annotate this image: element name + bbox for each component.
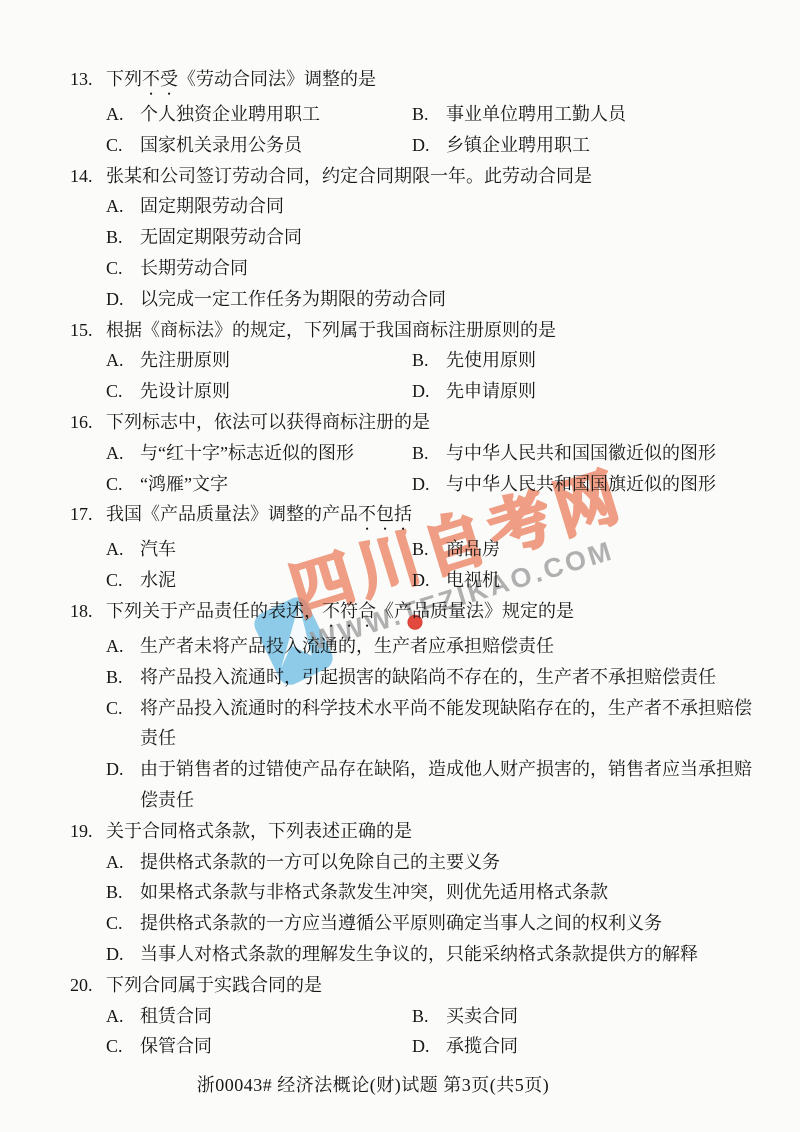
stem-emphasized-text: 不符合 bbox=[322, 601, 376, 621]
option-a: A.先注册原则 bbox=[106, 345, 412, 376]
option-label: B. bbox=[106, 222, 140, 253]
stem-text: 下列标志中，依法可以获得商标注册的是 bbox=[106, 412, 430, 432]
option-text: 与中华人民共和国国旗近似的图形 bbox=[446, 474, 716, 494]
question-stem: 15.根据《商标法》的规定，下列属于我国商标注册原则的是 bbox=[70, 315, 760, 346]
option-text: 先设计原则 bbox=[140, 381, 230, 401]
question-stem: 16.下列标志中，依法可以获得商标注册的是 bbox=[70, 407, 760, 438]
options-row: A.个人独资企业聘用职工 B.事业单位聘用工勤人员 bbox=[70, 99, 760, 130]
option-d: D.由于销售者的过错使产品存在缺陷，造成他人财产损害的，销售者应当承担赔偿责任 bbox=[70, 754, 760, 816]
question-stem: 18.下列关于产品责任的表述，不符合《产品质量法》规定的是 bbox=[70, 596, 760, 631]
option-text: 将产品投入流通时的科学技术水平尚不能发现缺陷存在的，生产者不承担赔偿责任 bbox=[140, 698, 752, 749]
option-b: B.与中华人民共和国国徽近似的图形 bbox=[412, 438, 716, 469]
options-row: A.先注册原则 B.先使用原则 bbox=[70, 345, 760, 376]
option-b: B.将产品投入流通时，引起损害的缺陷尚不存在的，生产者不承担赔偿责任 bbox=[70, 662, 760, 693]
option-label: B. bbox=[412, 438, 446, 469]
question-20: 20.下列合同属于实践合同的是 A.租赁合同 B.买卖合同 C.保管合同 D.承… bbox=[70, 970, 760, 1062]
option-text: 先申请原则 bbox=[446, 381, 536, 401]
option-d: D.电视机 bbox=[412, 565, 500, 596]
option-label: D. bbox=[412, 469, 446, 500]
question-number: 20. bbox=[70, 970, 106, 1001]
options-row: C.保管合同 D.承揽合同 bbox=[70, 1031, 760, 1062]
stem-text: 下列关于产品责任的表述， bbox=[106, 601, 322, 621]
option-b: B.如果格式条款与非格式条款发生冲突，则优先适用格式条款 bbox=[70, 877, 760, 908]
options-row: C.水泥 D.电视机 bbox=[70, 565, 760, 596]
option-label: A. bbox=[106, 345, 140, 376]
option-label: B. bbox=[106, 662, 140, 693]
options-row: A.汽车 B.商品房 bbox=[70, 534, 760, 565]
stem-text: 下列 bbox=[106, 69, 142, 89]
question-number: 15. bbox=[70, 315, 106, 346]
question-stem: 13.下列不受《劳动合同法》调整的是 bbox=[70, 64, 760, 99]
stem-text: 关于合同格式条款，下列表述正确的是 bbox=[106, 821, 412, 841]
option-text: 将产品投入流通时，引起损害的缺陷尚不存在的，生产者不承担赔偿责任 bbox=[140, 667, 716, 687]
option-a: A.提供格式条款的一方可以免除自己的主要义务 bbox=[70, 847, 760, 878]
option-text: 先注册原则 bbox=[140, 350, 230, 370]
options-row: A.租赁合同 B.买卖合同 bbox=[70, 1001, 760, 1032]
question-16: 16.下列标志中，依法可以获得商标注册的是 A.与“红十字”标志近似的图形 B.… bbox=[70, 407, 760, 499]
option-text: 电视机 bbox=[446, 570, 500, 590]
option-label: B. bbox=[412, 534, 446, 565]
stem-text: 我国《产品质量法》调整的产品 bbox=[106, 504, 358, 524]
option-b: B.先使用原则 bbox=[412, 345, 536, 376]
option-text: 乡镇企业聘用职工 bbox=[446, 135, 590, 155]
option-a: A.生产者未将产品投入流通的，生产者应承担赔偿责任 bbox=[70, 631, 760, 662]
option-text: 承揽合同 bbox=[446, 1036, 518, 1056]
option-label: D. bbox=[106, 284, 140, 315]
option-text: 与“红十字”标志近似的图形 bbox=[140, 443, 354, 463]
option-label: B. bbox=[412, 1001, 446, 1032]
option-c: C.保管合同 bbox=[106, 1031, 412, 1062]
stem-text: 《劳动合同法》调整的是 bbox=[178, 69, 376, 89]
option-label: A. bbox=[106, 847, 140, 878]
option-label: D. bbox=[106, 939, 140, 970]
option-b: B.买卖合同 bbox=[412, 1001, 518, 1032]
option-label: C. bbox=[106, 376, 140, 407]
option-label: D. bbox=[106, 754, 140, 785]
option-label: C. bbox=[106, 565, 140, 596]
stem-text: 下列合同属于实践合同的是 bbox=[106, 975, 322, 995]
option-c: C.先设计原则 bbox=[106, 376, 412, 407]
option-b: B.事业单位聘用工勤人员 bbox=[412, 99, 626, 130]
option-text: 固定期限劳动合同 bbox=[140, 196, 284, 216]
options-row: C.先设计原则 D.先申请原则 bbox=[70, 376, 760, 407]
option-text: 由于销售者的过错使产品存在缺陷，造成他人财产损害的，销售者应当承担赔偿责任 bbox=[140, 759, 752, 810]
option-a: A.个人独资企业聘用职工 bbox=[106, 99, 412, 130]
option-text: 买卖合同 bbox=[446, 1006, 518, 1026]
option-b: B.无固定期限劳动合同 bbox=[70, 222, 760, 253]
option-text: 水泥 bbox=[140, 570, 176, 590]
question-number: 13. bbox=[70, 64, 106, 95]
option-d: D.先申请原则 bbox=[412, 376, 536, 407]
page-footer: 浙00043# 经济法概论(财)试题 第3页(共5页) bbox=[28, 1071, 718, 1097]
option-label: B. bbox=[106, 877, 140, 908]
option-label: A. bbox=[106, 1001, 140, 1032]
option-text: 事业单位聘用工勤人员 bbox=[446, 104, 626, 124]
option-b: B.商品房 bbox=[412, 534, 500, 565]
option-d: D.承揽合同 bbox=[412, 1031, 518, 1062]
question-14: 14.张某和公司签订劳动合同，约定合同期限一年。此劳动合同是 A.固定期限劳动合… bbox=[70, 161, 760, 315]
stem-text: 张某和公司签订劳动合同，约定合同期限一年。此劳动合同是 bbox=[106, 166, 592, 186]
option-label: C. bbox=[106, 908, 140, 939]
option-text: 租赁合同 bbox=[140, 1006, 212, 1026]
option-c: C.国家机关录用公务员 bbox=[106, 130, 412, 161]
option-label: A. bbox=[106, 534, 140, 565]
question-number: 14. bbox=[70, 161, 106, 192]
option-text: 提供格式条款的一方可以免除自己的主要义务 bbox=[140, 852, 500, 872]
question-17: 17.我国《产品质量法》调整的产品不包括 A.汽车 B.商品房 C.水泥 D.电… bbox=[70, 499, 760, 596]
option-label: A. bbox=[106, 191, 140, 222]
exam-paper: 13.下列不受《劳动合同法》调整的是 A.个人独资企业聘用职工 B.事业单位聘用… bbox=[0, 0, 800, 1132]
option-label: C. bbox=[106, 130, 140, 161]
option-d: D.与中华人民共和国国旗近似的图形 bbox=[412, 469, 716, 500]
option-label: C. bbox=[106, 253, 140, 284]
option-text: 以完成一定工作任务为期限的劳动合同 bbox=[140, 289, 446, 309]
option-c: C.将产品投入流通时的科学技术水平尚不能发现缺陷存在的，生产者不承担赔偿责任 bbox=[70, 693, 760, 755]
option-c: C.提供格式条款的一方应当遵循公平原则确定当事人之间的权利义务 bbox=[70, 908, 760, 939]
option-label: C. bbox=[106, 469, 140, 500]
option-a: A.与“红十字”标志近似的图形 bbox=[106, 438, 412, 469]
options-row: A.与“红十字”标志近似的图形 B.与中华人民共和国国徽近似的图形 bbox=[70, 438, 760, 469]
question-15: 15.根据《商标法》的规定，下列属于我国商标注册原则的是 A.先注册原则 B.先… bbox=[70, 315, 760, 407]
option-label: B. bbox=[412, 99, 446, 130]
option-label: D. bbox=[412, 1031, 446, 1062]
question-18: 18.下列关于产品责任的表述，不符合《产品质量法》规定的是 A.生产者未将产品投… bbox=[70, 596, 760, 816]
option-label: C. bbox=[106, 1031, 140, 1062]
option-text: 先使用原则 bbox=[446, 350, 536, 370]
option-c: C.长期劳动合同 bbox=[70, 253, 760, 284]
option-text: 生产者未将产品投入流通的，生产者应承担赔偿责任 bbox=[140, 636, 554, 656]
option-label: C. bbox=[106, 693, 140, 724]
options-row: C.国家机关录用公务员 D.乡镇企业聘用职工 bbox=[70, 130, 760, 161]
option-text: 提供格式条款的一方应当遵循公平原则确定当事人之间的权利义务 bbox=[140, 913, 662, 933]
question-stem: 19.关于合同格式条款，下列表述正确的是 bbox=[70, 816, 760, 847]
options-row: C.“鸿雁”文字 D.与中华人民共和国国旗近似的图形 bbox=[70, 469, 760, 500]
stem-text: 《产品质量法》规定的是 bbox=[376, 601, 574, 621]
option-label: A. bbox=[106, 99, 140, 130]
option-text: 商品房 bbox=[446, 539, 500, 559]
option-text: 国家机关录用公务员 bbox=[140, 135, 302, 155]
option-d: D.当事人对格式条款的理解发生争议的，只能采纳格式条款提供方的解释 bbox=[70, 939, 760, 970]
stem-emphasized-text: 不包括 bbox=[358, 504, 412, 524]
option-text: 如果格式条款与非格式条款发生冲突，则优先适用格式条款 bbox=[140, 882, 608, 902]
stem-emphasized-text: 不受 bbox=[142, 69, 178, 89]
option-c: C.“鸿雁”文字 bbox=[106, 469, 412, 500]
option-text: 保管合同 bbox=[140, 1036, 212, 1056]
option-label: D. bbox=[412, 565, 446, 596]
option-a: A.汽车 bbox=[106, 534, 412, 565]
question-stem: 17.我国《产品质量法》调整的产品不包括 bbox=[70, 499, 760, 534]
option-a: A.租赁合同 bbox=[106, 1001, 412, 1032]
option-label: A. bbox=[106, 631, 140, 662]
question-number: 19. bbox=[70, 816, 106, 847]
question-stem: 20.下列合同属于实践合同的是 bbox=[70, 970, 760, 1001]
option-label: D. bbox=[412, 130, 446, 161]
question-stem: 14.张某和公司签订劳动合同，约定合同期限一年。此劳动合同是 bbox=[70, 161, 760, 192]
question-number: 17. bbox=[70, 499, 106, 530]
question-13: 13.下列不受《劳动合同法》调整的是 A.个人独资企业聘用职工 B.事业单位聘用… bbox=[70, 64, 760, 161]
option-text: 与中华人民共和国国徽近似的图形 bbox=[446, 443, 716, 463]
option-d: D.乡镇企业聘用职工 bbox=[412, 130, 590, 161]
option-text: 当事人对格式条款的理解发生争议的，只能采纳格式条款提供方的解释 bbox=[140, 944, 698, 964]
option-text: 无固定期限劳动合同 bbox=[140, 227, 302, 247]
question-19: 19.关于合同格式条款，下列表述正确的是 A.提供格式条款的一方可以免除自己的主… bbox=[70, 816, 760, 970]
option-label: B. bbox=[412, 345, 446, 376]
stem-text: 根据《商标法》的规定，下列属于我国商标注册原则的是 bbox=[106, 320, 556, 340]
option-d: D.以完成一定工作任务为期限的劳动合同 bbox=[70, 284, 760, 315]
question-number: 18. bbox=[70, 596, 106, 627]
option-text: “鸿雁”文字 bbox=[140, 474, 228, 494]
option-text: 长期劳动合同 bbox=[140, 258, 248, 278]
option-a: A.固定期限劳动合同 bbox=[70, 191, 760, 222]
option-text: 个人独资企业聘用职工 bbox=[140, 104, 320, 124]
question-number: 16. bbox=[70, 407, 106, 438]
option-c: C.水泥 bbox=[106, 565, 412, 596]
option-label: A. bbox=[106, 438, 140, 469]
option-text: 汽车 bbox=[140, 539, 176, 559]
option-label: D. bbox=[412, 376, 446, 407]
